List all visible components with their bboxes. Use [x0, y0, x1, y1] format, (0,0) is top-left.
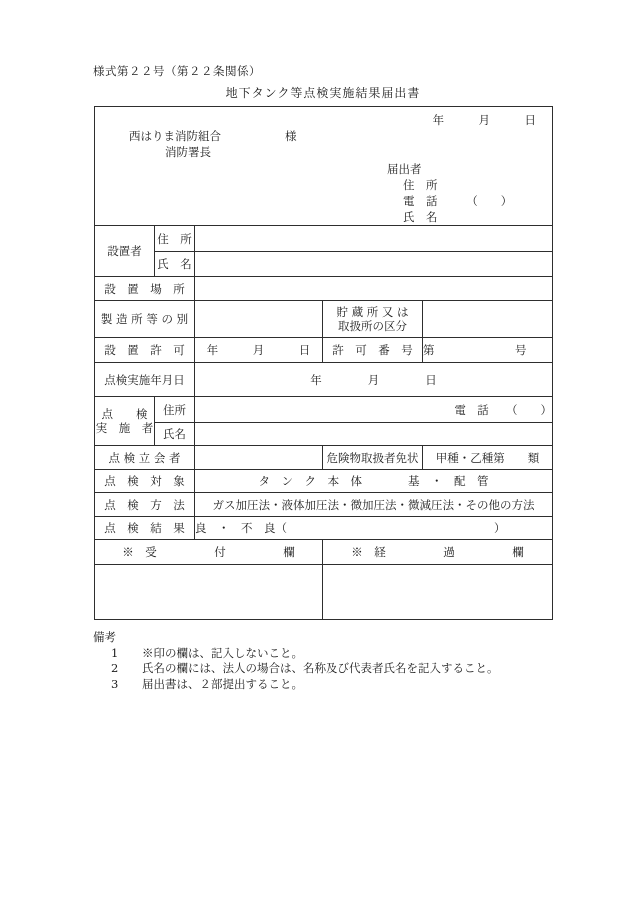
form-number: 様式第２２号（第２２条関係） — [93, 64, 553, 78]
method-value-cell: ガス加圧法・液体加圧法・微加圧法・微減圧法・その他の方法 — [195, 493, 553, 517]
header-date: 年 月 日 — [433, 114, 537, 127]
inspector-label-cell: 点 検 実 施 者 — [95, 397, 155, 446]
form-document: 様式第２２号（第２２条関係） 地下タンク等点検実施結果届出書 年 月 日 西はり… — [93, 64, 553, 692]
notifier-address-label: 住 所 — [403, 179, 438, 192]
inspector-name-value-cell — [195, 423, 553, 446]
permit-label-cell: 設 置 許 可 — [95, 338, 195, 363]
result-label-cell: 点 検 結 果 — [95, 517, 195, 540]
note-number: 1 — [111, 646, 142, 662]
inspection-date-label-cell: 点検実施年月日 — [95, 363, 195, 397]
target-label-cell: 点 検 対 象 — [95, 470, 195, 493]
installer-address-value-cell — [195, 226, 553, 252]
form-table: 年 月 日 西はりま消防組合 様 消防署長 届出者 住 所 電 話 （ ） 氏 … — [94, 106, 553, 620]
progress-header-cell: ※ 経 過 欄 — [323, 540, 553, 565]
notifier-heading: 届出者 — [387, 163, 422, 176]
permit-number-label-cell: 許 可 番 号 — [323, 338, 423, 363]
form-title: 地下タンク等点検実施結果届出書 — [93, 86, 553, 100]
note-item: 3届出書は、２部提出すること。 — [93, 677, 553, 693]
method-label-cell: 点 検 方 法 — [95, 493, 195, 517]
reception-header-cell: ※ 受 付 欄 — [95, 540, 323, 565]
note-number: 2 — [111, 661, 142, 677]
note-item: 2氏名の欄には、法人の場合は、名称及び代表者氏名を記入すること。 — [93, 661, 553, 677]
permit-date-cell: 年 月 日 — [195, 338, 323, 363]
witness-label-cell: 点 検 立 会 者 — [95, 446, 195, 470]
permit-number-value-cell: 第 号 — [423, 338, 553, 363]
notifier-name-label: 氏 名 — [403, 211, 438, 224]
license-label-cell: 危険物取扱者免状 — [323, 446, 423, 470]
addressee-chief: 消防署長 — [165, 146, 211, 159]
installer-name-value-cell — [195, 252, 553, 277]
inspection-date-value-cell: 年 月 日 — [195, 363, 553, 397]
installer-name-label-cell: 氏 名 — [155, 252, 195, 277]
location-value-cell — [195, 277, 553, 301]
note-number: 3 — [111, 677, 142, 693]
location-label-cell: 設 置 場 所 — [95, 277, 195, 301]
installer-address-label-cell: 住 所 — [155, 226, 195, 252]
storage-category-label-cell: 貯 蔵 所 又 は 取扱所の区分 — [323, 301, 423, 338]
reception-value-cell — [95, 565, 323, 620]
note-text: ※印の欄は、記入しないこと。 — [142, 646, 303, 660]
note-text: 氏名の欄には、法人の場合は、名称及び代表者氏名を記入すること。 — [142, 661, 499, 675]
note-item: 1※印の欄は、記入しないこと。 — [93, 646, 553, 662]
notes-block: 備考 1※印の欄は、記入しないこと。 2氏名の欄には、法人の場合は、名称及び代表… — [93, 630, 553, 692]
notifier-phone-label: 電 話 （ ） — [403, 195, 512, 208]
installer-label-cell: 設置者 — [95, 226, 155, 277]
form-header-cell: 年 月 日 西はりま消防組合 様 消防署長 届出者 住 所 電 話 （ ） 氏 … — [95, 107, 553, 226]
result-value-cell: 良 ・ 不 良（ ） — [195, 517, 553, 540]
progress-value-cell — [323, 565, 553, 620]
document-page: { "page": { "form_number": "様式第２２号（第２２条関… — [0, 0, 630, 903]
storage-category-value-cell — [423, 301, 553, 338]
facility-type-value-cell — [195, 301, 323, 338]
inspector-address-value-cell: 電 話 （ ） — [195, 397, 553, 423]
inspector-address-label-cell: 住所 — [155, 397, 195, 423]
inspector-name-label-cell: 氏名 — [155, 423, 195, 446]
facility-type-label-cell: 製 造 所 等 の 別 — [95, 301, 195, 338]
notes-title: 備考 — [93, 630, 553, 646]
witness-value-cell — [195, 446, 323, 470]
license-value-cell: 甲種・乙種第 類 — [423, 446, 553, 470]
target-value-cell: タ ン ク 本 体 基 ・ 配 管 — [195, 470, 553, 493]
addressee-org: 西はりま消防組合 — [129, 130, 221, 143]
note-text: 届出書は、２部提出すること。 — [142, 677, 303, 691]
addressee-suffix: 様 — [285, 130, 297, 143]
